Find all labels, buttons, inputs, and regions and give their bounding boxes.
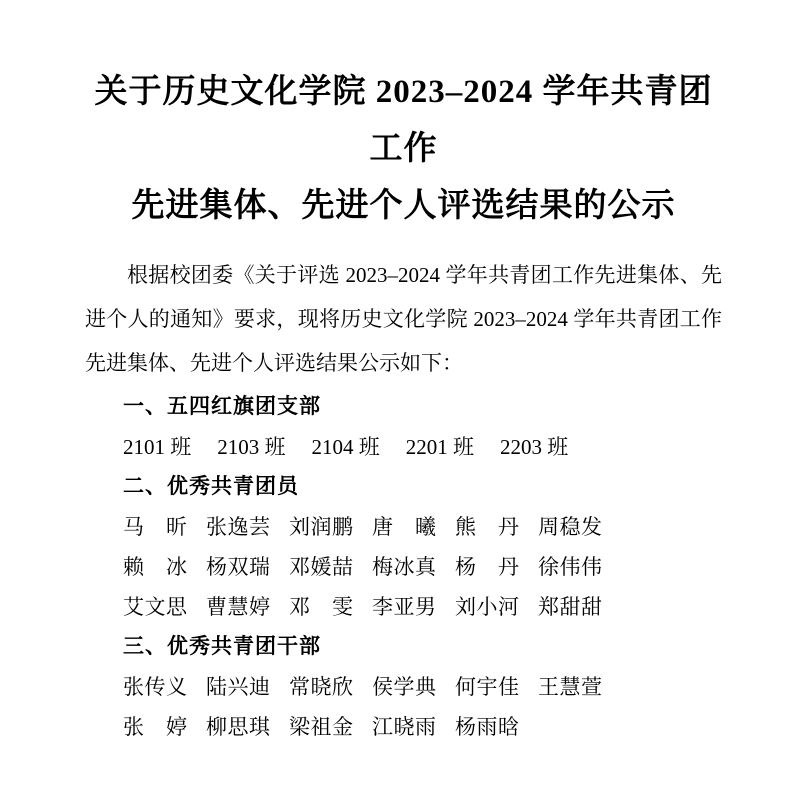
cadre-name: 柳思琪 [206, 707, 270, 747]
title-line-2: 先进集体、先进个人评选结果的公示 [85, 178, 722, 235]
section-heading-outstanding-cadres: 三、优秀共青团干部 [123, 627, 722, 667]
title-line-1: 关于历史文化学院 2023–2024 学年共青团工作 [85, 64, 722, 178]
cadre-name: 何宇佳 [455, 667, 519, 707]
member-name-row: 马昕张逸芸刘润鹏唐曦熊丹周稳发 [123, 507, 722, 547]
class-item: 2103 班 [217, 427, 285, 467]
member-name: 杨双瑞 [206, 547, 270, 587]
member-name-row: 赖冰杨双瑞邓媛喆梅冰真杨丹徐伟伟 [123, 547, 722, 587]
document-title: 关于历史文化学院 2023–2024 学年共青团工作 先进集体、先进个人评选结果… [85, 64, 722, 235]
section-outstanding-league-members: 二、优秀共青团员 马昕张逸芸刘润鹏唐曦熊丹周稳发 赖冰杨双瑞邓媛喆梅冰真杨丹徐伟… [123, 467, 722, 627]
class-item: 2104 班 [312, 427, 380, 467]
document-page: 关于历史文化学院 2023–2024 学年共青团工作 先进集体、先进个人评选结果… [0, 0, 800, 800]
cadre-name: 张传义 [123, 667, 187, 707]
intro-paragraph: 根据校团委《关于评选 2023–2024 学年共青团工作先进集体、先进个人的通知… [85, 253, 722, 385]
cadre-name: 侯学典 [372, 667, 436, 707]
cadre-name-row: 张婷柳思琪梁祖金江晓雨杨雨晗 [123, 707, 722, 747]
member-name: 邓媛喆 [289, 547, 353, 587]
cadre-name: 陆兴迪 [206, 667, 270, 707]
member-name: 张逸芸 [206, 507, 270, 547]
member-name: 刘润鹏 [289, 507, 353, 547]
member-name: 唐曦 [372, 507, 436, 547]
section-heading-red-flag-branches: 一、五四红旗团支部 [123, 387, 722, 427]
cadre-name: 江晓雨 [372, 707, 436, 747]
member-name: 李亚男 [372, 587, 436, 627]
cadre-name: 梁祖金 [289, 707, 353, 747]
member-name: 郑甜甜 [538, 587, 602, 627]
cadre-name-row: 张传义陆兴迪常晓欣侯学典何宇佳王慧萱 [123, 667, 722, 707]
member-name: 艾文思 [123, 587, 187, 627]
member-name-row: 艾文思曹慧婷邓雯李亚男刘小河郑甜甜 [123, 587, 722, 627]
cadre-name: 王慧萱 [538, 667, 602, 707]
class-item: 2203 班 [500, 427, 568, 467]
sections-container: 一、五四红旗团支部 2101 班2103 班2104 班2201 班2203 班… [85, 387, 722, 747]
section-red-flag-league-branches: 一、五四红旗团支部 2101 班2103 班2104 班2201 班2203 班 [123, 387, 722, 467]
member-name: 赖冰 [123, 547, 187, 587]
member-name: 刘小河 [455, 587, 519, 627]
cadre-name: 杨雨晗 [455, 707, 519, 747]
class-list-row: 2101 班2103 班2104 班2201 班2203 班 [123, 427, 722, 467]
member-name: 曹慧婷 [206, 587, 270, 627]
member-name: 梅冰真 [372, 547, 436, 587]
class-item: 2201 班 [406, 427, 474, 467]
cadre-name: 张婷 [123, 707, 187, 747]
member-name: 熊丹 [455, 507, 519, 547]
section-heading-outstanding-members: 二、优秀共青团员 [123, 467, 722, 507]
section-outstanding-league-cadres: 三、优秀共青团干部 张传义陆兴迪常晓欣侯学典何宇佳王慧萱 张婷柳思琪梁祖金江晓雨… [123, 627, 722, 747]
member-name: 杨丹 [455, 547, 519, 587]
member-name: 周稳发 [538, 507, 602, 547]
member-name: 马昕 [123, 507, 187, 547]
cadre-name: 常晓欣 [289, 667, 353, 707]
class-item: 2101 班 [123, 427, 191, 467]
member-name: 徐伟伟 [538, 547, 602, 587]
member-name: 邓雯 [289, 587, 353, 627]
